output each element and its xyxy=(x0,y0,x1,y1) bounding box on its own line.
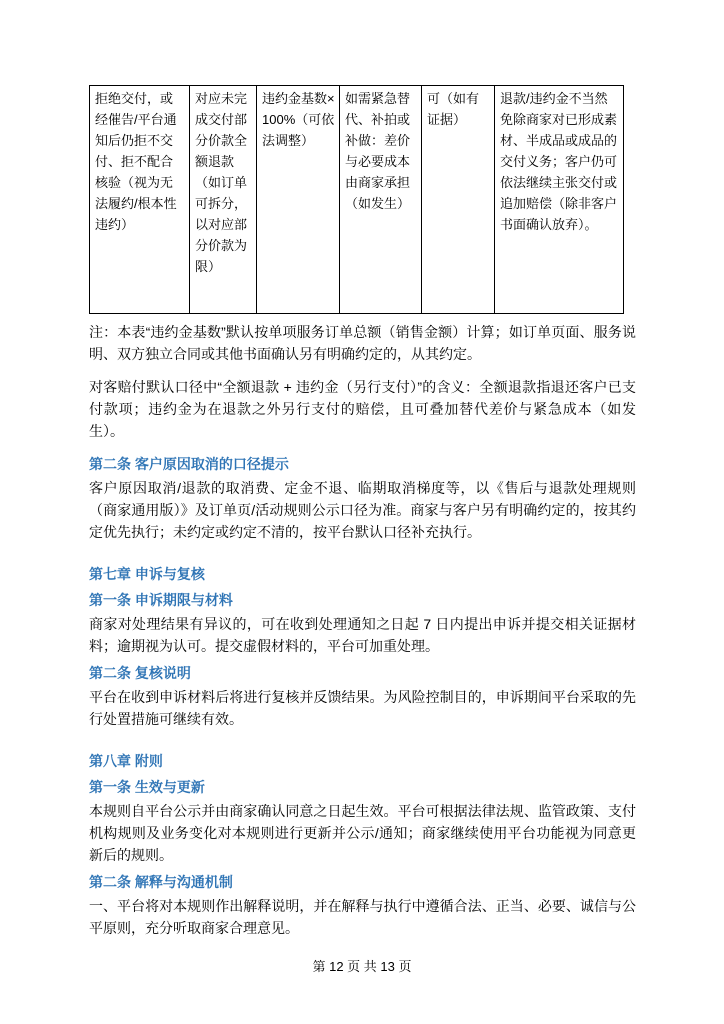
table-row: 拒绝交付，或经催告/平台通知后仍拒不交付、拒不配合核验（视为无法履约/根本性违约… xyxy=(90,86,624,314)
section-body-cancel-guidance: 客户原因取消/退款的取消费、定金不退、临期取消梯度等，以《售后与退款处理规则（商… xyxy=(89,477,636,543)
table-cell-obligation-note: 退款/违约金不当然免除商家对已形成素材、半成品或成品的交付义务；客户仍可依法继续… xyxy=(495,86,624,314)
chapter-heading-supplementary: 第八章 附则 xyxy=(89,750,636,772)
section-heading-effectiveness: 第一条 生效与更新 xyxy=(89,776,636,798)
section-heading-appeal-period: 第一条 申诉期限与材料 xyxy=(89,589,636,611)
section-body-appeal-period: 商家对处理结果有异议的，可在收到处理通知之日起 7 日内提出申诉并提交相关证据材… xyxy=(89,613,636,657)
note-paragraph-2: 对客赔付默认口径中“全额退款 + 违约金（另行支付）”的含义：全额退款指退还客户… xyxy=(89,376,636,442)
chapter-heading-appeal: 第七章 申诉与复核 xyxy=(89,563,636,585)
section-body-review: 平台在收到申诉材料后将进行复核并反馈结果。为风险控制目的，申诉期间平台采取的先行… xyxy=(89,686,636,730)
table-cell-penalty-base: 违约金基数×100%（可依法调整） xyxy=(257,86,340,314)
penalty-table: 拒绝交付，或经催告/平台通知后仍拒不交付、拒不配合核验（视为无法履约/根本性违约… xyxy=(89,85,624,314)
document-page: 拒绝交付，或经催告/平台通知后仍拒不交付、拒不配合核验（视为无法履约/根本性违约… xyxy=(0,0,724,1024)
table-cell-evidence: 可（如有证据） xyxy=(422,86,495,314)
page-footer: 第 12 页 共 13 页 xyxy=(0,958,724,976)
table-cell-refund-scope: 对应未完成交付部分价款全额退款（如订单可拆分，以对应部分价款为限） xyxy=(190,86,257,314)
section-body-interpretation: 一、平台将对本规则作出解释说明，并在解释与执行中遵循合法、正当、必要、诚信与公平… xyxy=(89,895,636,939)
table-cell-breach-scenario: 拒绝交付，或经催告/平台通知后仍拒不交付、拒不配合核验（视为无法履约/根本性违约… xyxy=(90,86,190,314)
note-paragraph-1: 注：本表“违约金基数”默认按单项服务订单总额（销售金额）计算；如订单页面、服务说… xyxy=(89,321,636,365)
document-content: 拒绝交付，或经催告/平台通知后仍拒不交付、拒不配合核验（视为无法履约/根本性违约… xyxy=(89,85,636,944)
section-body-effectiveness: 本规则自平台公示并由商家确认同意之日起生效。平台可根据法律法规、监管政策、支付机… xyxy=(89,800,636,866)
section-heading-cancel-guidance: 第二条 客户原因取消的口径提示 xyxy=(89,453,636,475)
section-heading-interpretation: 第二条 解释与沟通机制 xyxy=(89,871,636,893)
section-heading-review: 第二条 复核说明 xyxy=(89,662,636,684)
table-cell-urgent-substitute: 如需紧急替代、补拍或补做：差价与必要成本由商家承担（如发生） xyxy=(340,86,422,314)
